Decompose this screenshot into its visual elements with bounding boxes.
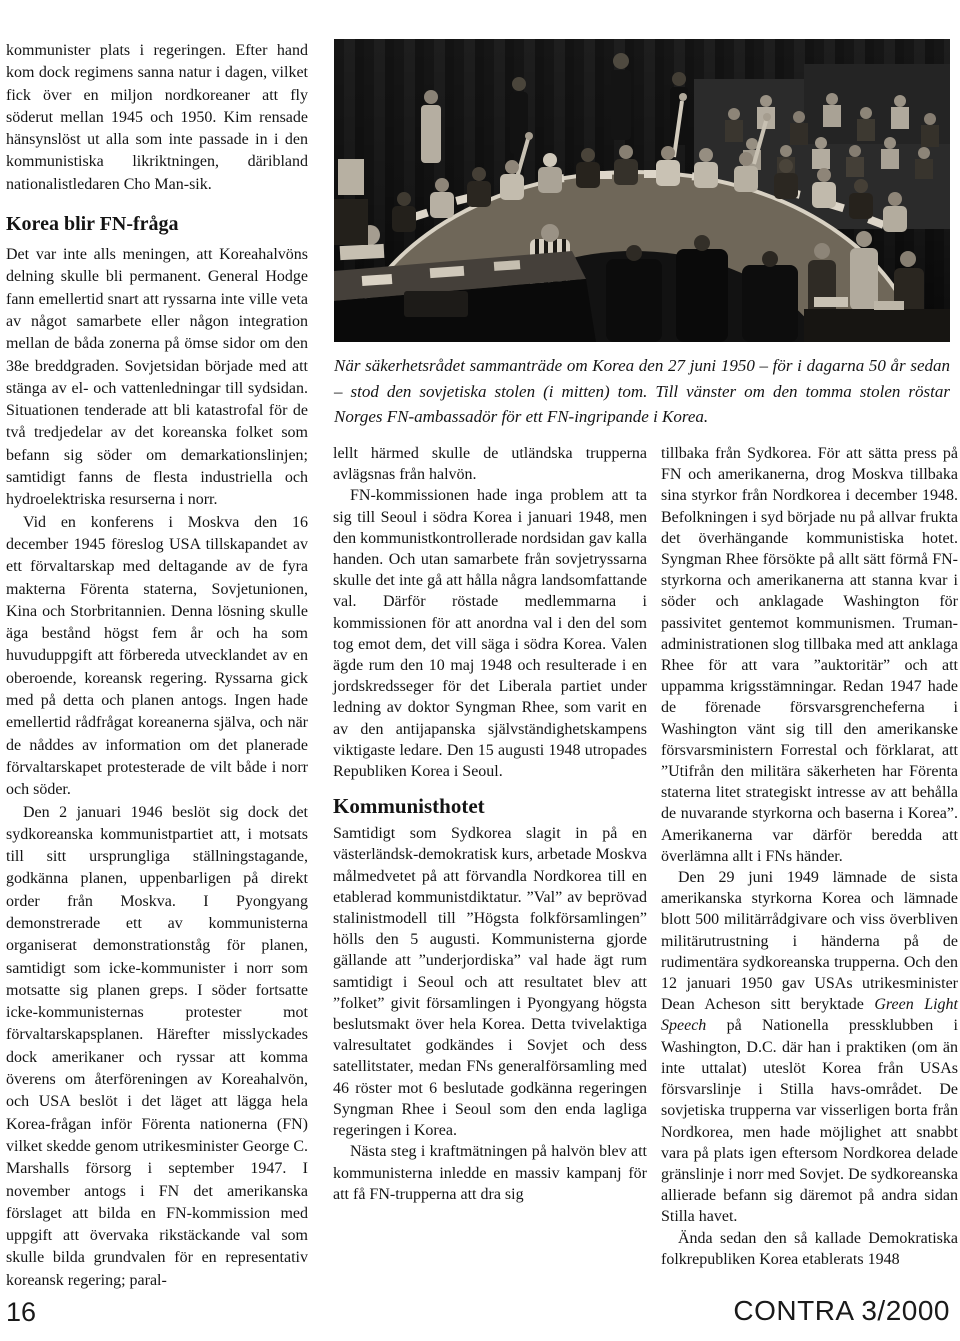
paragraph: kommunister plats i regeringen. Efter ha…	[6, 40, 308, 196]
paragraph: Den 29 juni 1949 lämnade de sista amerik…	[661, 867, 958, 1227]
paragraph: Den 2 januari 1946 beslöt sig dock det s…	[6, 802, 308, 1293]
paragraph: Ända sedan den så kallade Demokratiska f…	[661, 1228, 958, 1270]
paragraph: lellt härmed skulle de utländska trupper…	[333, 443, 647, 485]
paragraph-text: Den 29 juni 1949 lämnade de sista amerik…	[661, 869, 958, 1013]
photo-caption: När säkerhetsrådet sammanträde om Korea …	[334, 353, 950, 430]
paragraph: Nästa steg i kraftmätningen på halvön bl…	[333, 1141, 647, 1205]
paragraph-text: på Nationella pressklubben i Washington,…	[661, 1017, 958, 1225]
paragraph: FN-kommissionen hade inga problem att ta…	[333, 485, 647, 782]
standing-figures	[421, 53, 688, 163]
section-heading-kommunisthotet: Kommunisthotet	[333, 794, 647, 818]
paragraph: Vid en konferens i Moskva den 16 decembe…	[6, 512, 308, 802]
article-column-middle: lellt härmed skulle de utländska trupper…	[333, 443, 647, 1205]
page-number: 16	[6, 1297, 36, 1328]
photo-illustration	[334, 39, 950, 342]
magazine-page: kommunister plats i regeringen. Efter ha…	[0, 0, 960, 1341]
magazine-issue-label: CONTRA 3/2000	[733, 1295, 950, 1327]
paragraph: Det var inte alls meningen, att Koreahal…	[6, 244, 308, 512]
photo-un-security-council	[334, 39, 950, 342]
article-column-left: kommunister plats i regeringen. Efter ha…	[6, 40, 308, 1292]
section-heading-korea-fn-fraga: Korea blir FN-fråga	[6, 212, 308, 236]
article-column-right: tillbaka från Sydkorea. För att sätta pr…	[661, 443, 958, 1270]
paragraph: tillbaka från Sydkorea. För att sätta pr…	[661, 443, 958, 867]
paragraph: Samtidigt som Sydkorea slagit in på en v…	[333, 823, 647, 1141]
